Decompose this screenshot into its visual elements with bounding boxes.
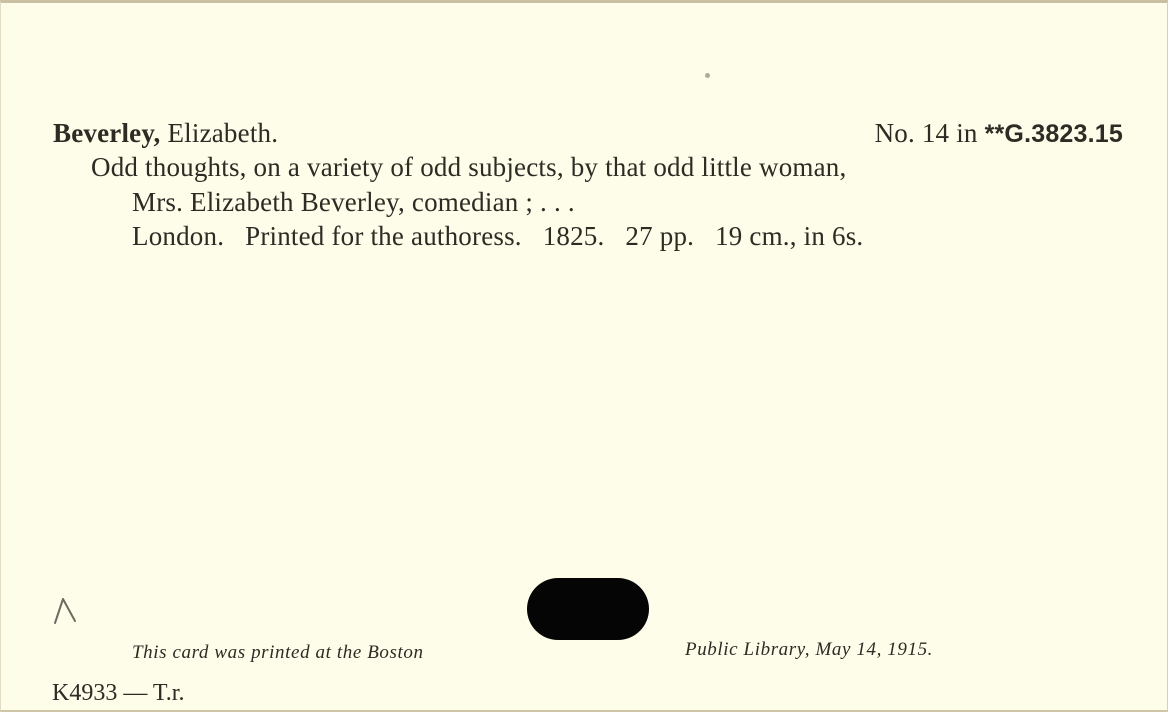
card-number: K4933 — T.r.	[52, 679, 184, 707]
imprint-pages: 27 pp.	[625, 221, 694, 251]
call-number-prefix: No. 14 in	[875, 118, 978, 148]
call-number: No. 14 in **G.3823.15	[875, 117, 1123, 150]
check-mark-icon	[51, 593, 81, 627]
imprint-publisher: Printed for the authoress.	[245, 221, 522, 251]
imprint-year: 1825.	[543, 221, 605, 251]
title-line-1: Odd thoughts, on a variety of odd subjec…	[91, 151, 846, 183]
author-forename: Elizabeth.	[167, 118, 278, 148]
catalog-card: Beverley, Elizabeth. No. 14 in **G.3823.…	[0, 0, 1168, 712]
imprint-line: London. Printed for the authoress. 1825.…	[132, 220, 863, 252]
printed-note-right: Public Library, May 14, 1915.	[685, 639, 933, 661]
ink-speck	[705, 73, 710, 78]
author-surname: Beverley,	[53, 118, 161, 148]
imprint-place: London.	[132, 221, 224, 251]
title-line-2: Mrs. Elizabeth Beverley, comedian ; . . …	[132, 186, 575, 218]
punch-hole	[527, 578, 649, 640]
imprint-size: 19 cm., in 6s.	[715, 221, 863, 251]
shelfmark: **G.3823.15	[985, 120, 1123, 148]
printed-note-left: This card was printed at the Boston	[132, 642, 424, 664]
author-heading: Beverley, Elizabeth.	[53, 117, 278, 149]
